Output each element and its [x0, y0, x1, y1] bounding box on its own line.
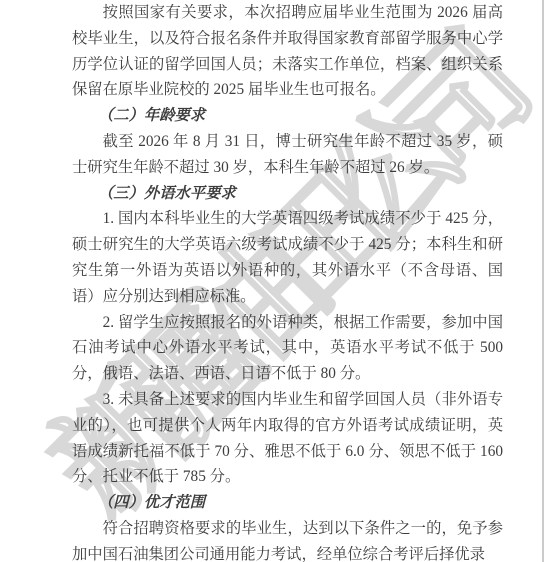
paragraph-overseas-student-exams: 2. 留学生应按照报名的外语种类，根据工作需要，参加中国石油考试中心外语水平考试… [72, 310, 503, 387]
paragraph-talent-exemption: 符合招聘资格要求的毕业生，达到以下条件之一的，免予参加中国石油集团公司通用能力考… [72, 516, 503, 562]
document-body: 按照国家有关要求，本次招聘应届毕业生范围为 2026 届高校毕业生，以及符合报名… [72, 0, 503, 562]
paragraph-cet-requirements: 1. 国内本科毕业生的大学英语四级考试成绩不少于 425 分，硕士研究生的大学英… [72, 206, 503, 309]
heading-section-4-talent-scope: （四）优才范围 [72, 490, 503, 516]
paragraph-alternative-exam-scores: 3. 未具备上述要求的国内毕业生和留学回国人员（非外语专业的），也可提供个人两年… [72, 387, 503, 490]
document-page: 新疆油田公司 按照国家有关要求，本次招聘应届毕业生范围为 2026 届高校毕业生… [0, 0, 545, 562]
page-right-border-line [542, 0, 544, 562]
heading-section-3-foreign-language: （三）外语水平要求 [72, 181, 503, 207]
heading-section-2-age: （二）年龄要求 [72, 103, 503, 129]
paragraph-recruitment-scope: 按照国家有关要求，本次招聘应届毕业生范围为 2026 届高校毕业生，以及符合报名… [72, 0, 503, 103]
paragraph-age-limits: 截至 2026 年 8 月 31 日，博士研究生年龄不超过 35 岁，硕士研究生… [72, 129, 503, 181]
